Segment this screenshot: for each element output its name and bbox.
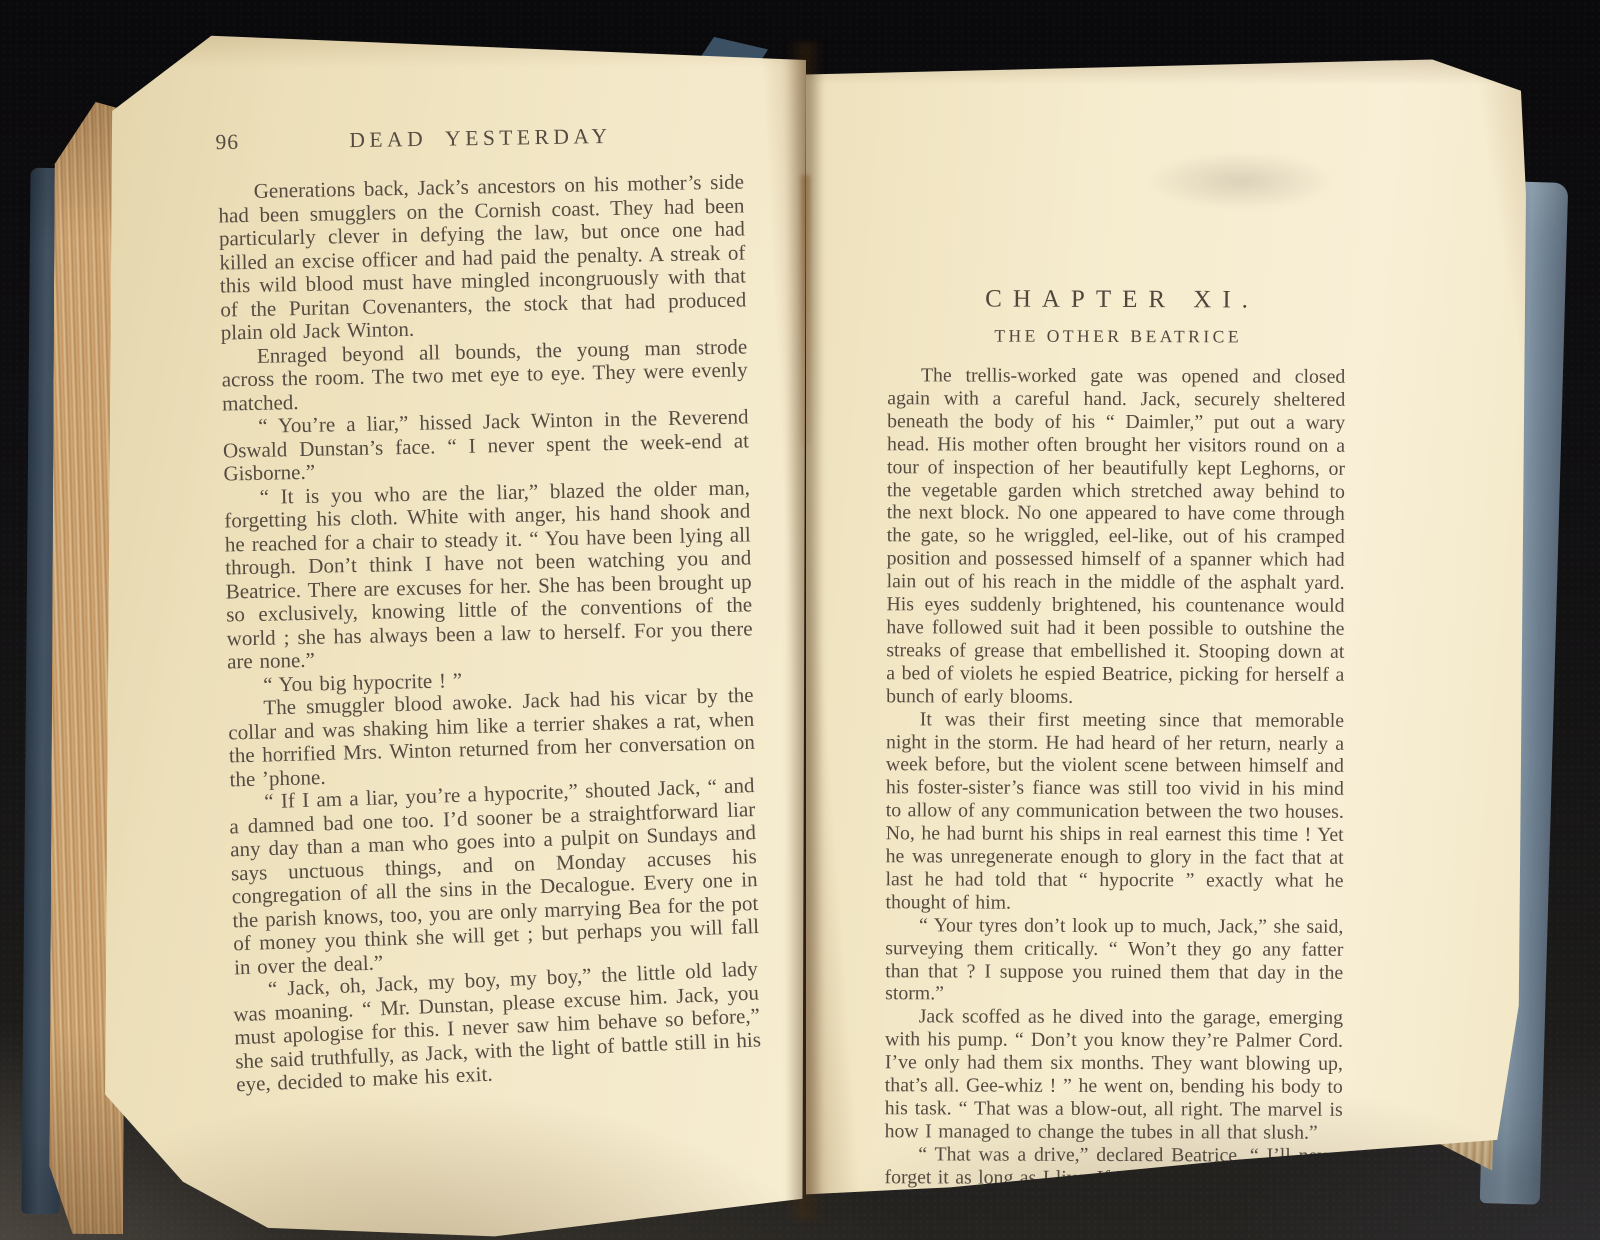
left-page-text-block: 96 DEAD YESTERDAY Generations back, Jack…	[217, 123, 752, 1097]
paragraph: “ That was a drive,” declared Beatrice. …	[884, 1143, 1342, 1190]
ink-show-through-smudge	[1146, 152, 1336, 210]
left-page-number: 96	[215, 130, 239, 155]
running-head: 96 DEAD YESTERDAY	[217, 122, 743, 160]
paragraph: “ It is you who are the liar,” blazed th…	[224, 476, 754, 674]
paragraph: “ Your tyres don’t look up to much, Jack…	[885, 914, 1343, 1007]
paragraph: “ You’re a liar,” hissed Jack Winton in …	[222, 405, 749, 486]
right-page-text-block: CHAPTER XI. THE OTHER BEATRICE The trell…	[884, 285, 1345, 1216]
paragraph: “ If I am a liar, you’re a hypocrite,” s…	[228, 774, 760, 979]
paragraph: “ Jack, oh, Jack, my boy, my boy,” the l…	[232, 957, 762, 1096]
right-page-number: 97	[884, 1192, 1342, 1217]
book-photo: 96 DEAD YESTERDAY Generations back, Jack…	[0, 0, 1600, 1240]
right-page: CHAPTER XI. THE OTHER BEATRICE The trell…	[806, 56, 1526, 1214]
paragraph: Generations back, Jack’s ancestors on hi…	[218, 170, 747, 345]
chapter-heading: CHAPTER XI.	[888, 285, 1346, 315]
chapter-subtitle: THE OTHER BEATRICE	[887, 325, 1345, 348]
left-page: 96 DEAD YESTERDAY Generations back, Jack…	[98, 26, 806, 1240]
running-title: DEAD YESTERDAY	[217, 122, 743, 155]
paragraph: Jack scoffed as he dived into the garage…	[885, 1006, 1343, 1145]
left-page-body: Generations back, Jack’s ancestors on hi…	[218, 170, 761, 1096]
paragraph: It was their first meeting since that me…	[885, 708, 1344, 916]
right-page-body: The trellis-worked gate was opened and c…	[884, 364, 1345, 1190]
paragraph: The trellis-worked gate was opened and c…	[886, 364, 1345, 709]
paragraph: Enraged beyond all bounds, the young man…	[221, 335, 748, 416]
